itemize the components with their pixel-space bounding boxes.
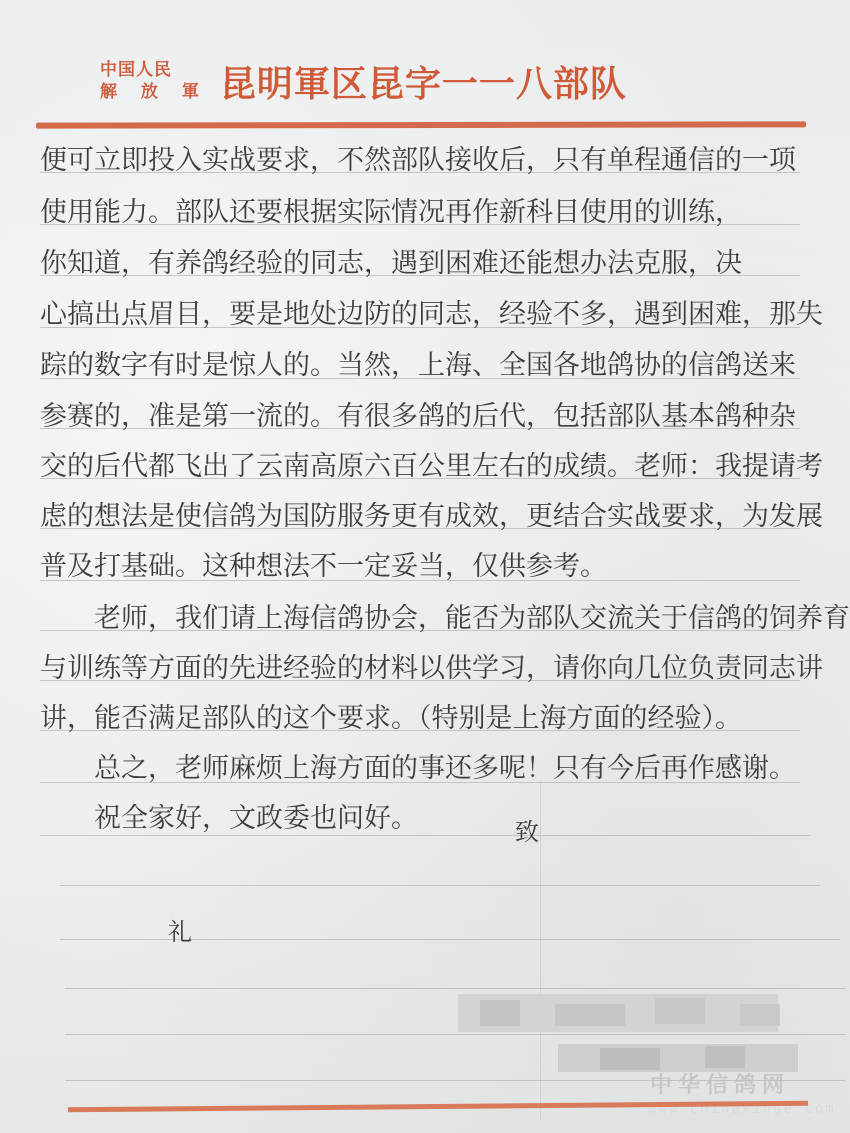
- letter-line: 老师，我们请上海信鸽协会，能否为部队交流关于信鸽的饲养育种: [40, 596, 850, 635]
- letter-line: 祝全家好，文政委也问好。: [40, 796, 418, 835]
- ruled-line: [65, 1034, 845, 1035]
- site-watermark: 中华信鸽网: [650, 1068, 790, 1099]
- letterhead-org-line1: 中国人民: [100, 59, 208, 81]
- ruled-line: [40, 835, 810, 836]
- letter-line: 普及打基础。这种想法不一定妥当，仅供参考。: [40, 544, 607, 583]
- letter-line: 虑的想法是使信鸽为国防服务更有成效，更结合实战要求，为发展: [40, 494, 823, 533]
- closing-li: 礼: [168, 912, 192, 947]
- letter-line: 心搞出点眉目，要是地处边防的同志，经验不多，遇到困难，那失: [40, 292, 823, 331]
- letter-line: 使用能力。部队还要根据实际情况再作新科目使用的训练，: [40, 190, 742, 229]
- ruled-line: [65, 988, 845, 989]
- letterhead-org: 中国人民 解 放 軍: [100, 59, 208, 103]
- letter-line: 参赛的，准是第一流的。有很多鸽的后代，包括部队基本鸽种杂: [40, 394, 796, 433]
- letter-line: 交的后代都飞出了云南高原六百公里左右的成绩。老师：我提请考: [40, 444, 823, 483]
- letter-line: 便可立即投入实战要求，不然部队接收后，只有单程通信的一项: [40, 138, 796, 177]
- letter-line: 总之，老师麻烦上海方面的事还多呢！只有今后再作感谢。: [40, 746, 796, 785]
- letterhead: 中国人民 解 放 軍 昆明軍区昆字一一八部队: [100, 56, 627, 106]
- letter-line: 与训练等方面的先进经验的材料以供学习，请你向几位负责同志讲: [40, 646, 823, 685]
- letterhead-unit-title: 昆明軍区昆字一一八部队: [220, 56, 627, 107]
- letter-line: 讲，能否满足部队的这个要求。（特别是上海方面的经验）。: [40, 696, 742, 735]
- paper-fold: [540, 780, 541, 1120]
- letter-line: 你知道，有养鸽经验的同志，遇到困难还能想办法克服，决: [40, 241, 742, 280]
- closing-zhi: 致: [515, 812, 539, 847]
- letterhead-rule: [36, 121, 806, 128]
- letter-line: 踪的数字有时是惊人的。当然，上海、全国各地鸽协的信鸽送来: [40, 343, 796, 382]
- letter-page: 中国人民 解 放 軍 昆明軍区昆字一一八部队 便可立即投入实战要求，不然部队接收…: [0, 0, 850, 1133]
- letterhead-org-line2: 解 放 軍: [100, 81, 208, 103]
- ruled-line: [60, 885, 820, 886]
